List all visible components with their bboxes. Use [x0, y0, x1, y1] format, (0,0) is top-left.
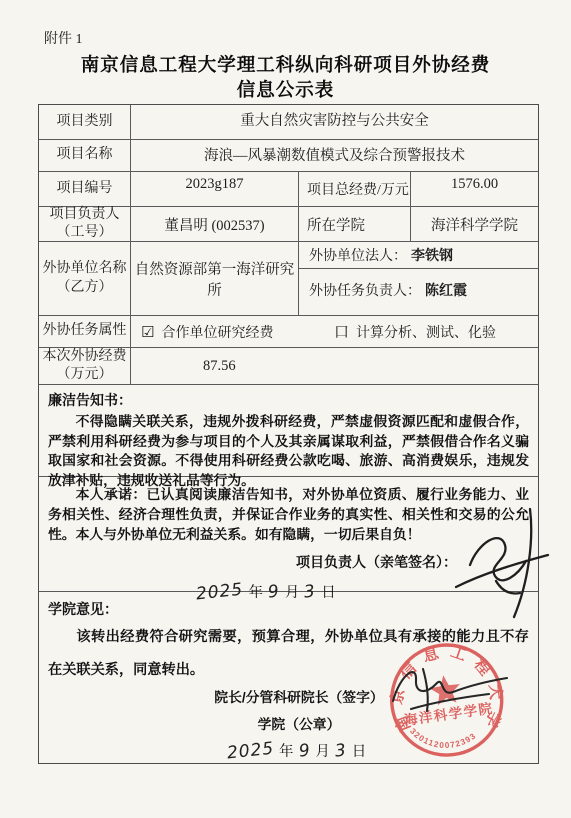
- option-cooperation-funds: ☑ 合作单位研究经费: [141, 322, 273, 342]
- project-leader-label-line1: 项目负责人: [50, 206, 120, 224]
- partner-unit-value: 自然资源部第一海洋研究所: [131, 242, 299, 316]
- empty-checkbox-icon: 口: [334, 325, 349, 340]
- current-amount-value: 87.56: [131, 348, 538, 385]
- partner-legal-value: 李铁钢: [411, 245, 453, 265]
- total-budget-value: 1576.00: [411, 172, 538, 207]
- partner-task-leader-cell: 外协任务负责人： 陈红霞: [299, 269, 538, 316]
- integrity-notice-cell: 廉洁告知书： 不得隐瞒关联关系，违规外拨科研经费，严禁虚假资源匹配和虚假合作，严…: [39, 385, 538, 477]
- form-title-line1: 南京信息工程大学理工科纵向科研项目外协经费: [0, 52, 571, 77]
- college-value: 海洋科学学院: [411, 207, 538, 242]
- option-analysis-testing-label: 计算分析、测试、化验: [356, 322, 496, 342]
- month-unit-2: 月: [315, 744, 330, 760]
- project-leader-signature: [450, 503, 555, 621]
- checked-checkbox-icon: ☑: [141, 325, 154, 340]
- project-category-value: 重大自然灾害防控与公共安全: [131, 105, 538, 140]
- form-title-line2: 信息公示表: [0, 77, 571, 102]
- integrity-notice-heading: 廉洁告知书：: [48, 390, 529, 410]
- project-category-label: 项目类别: [39, 105, 131, 140]
- task-attribute-label: 外协任务属性: [39, 316, 131, 348]
- dean-signature: [383, 655, 518, 717]
- project-leader-label: 项目负责人 （工号）: [39, 207, 131, 242]
- handwritten-day-2: 3: [334, 740, 348, 761]
- partner-unit-label-line1: 外协单位名称: [43, 260, 127, 278]
- partner-legal-cell: 外协单位法人： 李铁钢: [299, 242, 538, 269]
- current-amount-label-line1: 本次外协经费: [43, 348, 127, 366]
- partner-unit-label-line2: （乙方）: [57, 279, 113, 297]
- form-title: 南京信息工程大学理工科纵向科研项目外协经费 信息公示表: [0, 52, 571, 102]
- project-name-value: 海浪—风暴潮数值模式及综合预警报技术: [131, 140, 538, 172]
- project-number-value: 2023g187: [131, 172, 299, 207]
- attachment-label: 附件 1: [44, 28, 83, 48]
- year-unit-2: 年: [279, 744, 294, 760]
- total-budget-label: 项目总经费/万元: [299, 172, 411, 207]
- partner-task-leader-value: 陈红霞: [425, 280, 467, 300]
- college-label: 所在学院: [299, 207, 411, 242]
- current-amount-label-line2: （万元）: [57, 366, 113, 384]
- handwritten-year-2: 2025: [226, 739, 275, 764]
- day-unit-2: 日: [352, 744, 367, 760]
- partner-unit-label: 外协单位名称 （乙方）: [39, 242, 131, 316]
- project-name-label: 项目名称: [39, 140, 131, 172]
- project-leader-value: 董昌明 (002537): [131, 207, 299, 242]
- project-number-label: 项目编号: [39, 172, 131, 207]
- handwritten-month-2: 9: [298, 740, 312, 761]
- current-amount-label: 本次外协经费 （万元）: [39, 348, 131, 385]
- scanned-form-page: 附件 1 南京信息工程大学理工科纵向科研项目外协经费 信息公示表 项目类别 重大…: [0, 0, 571, 818]
- option-analysis-testing: 口 计算分析、测试、化验: [334, 322, 496, 342]
- project-leader-label-line2: （工号）: [57, 224, 113, 242]
- option-cooperation-funds-label: 合作单位研究经费: [161, 322, 273, 342]
- partner-task-leader-label: 外协任务负责人：: [309, 280, 421, 300]
- partner-legal-label: 外协单位法人：: [309, 245, 407, 265]
- task-attribute-options: ☑ 合作单位研究经费 口 计算分析、测试、化验: [131, 316, 538, 348]
